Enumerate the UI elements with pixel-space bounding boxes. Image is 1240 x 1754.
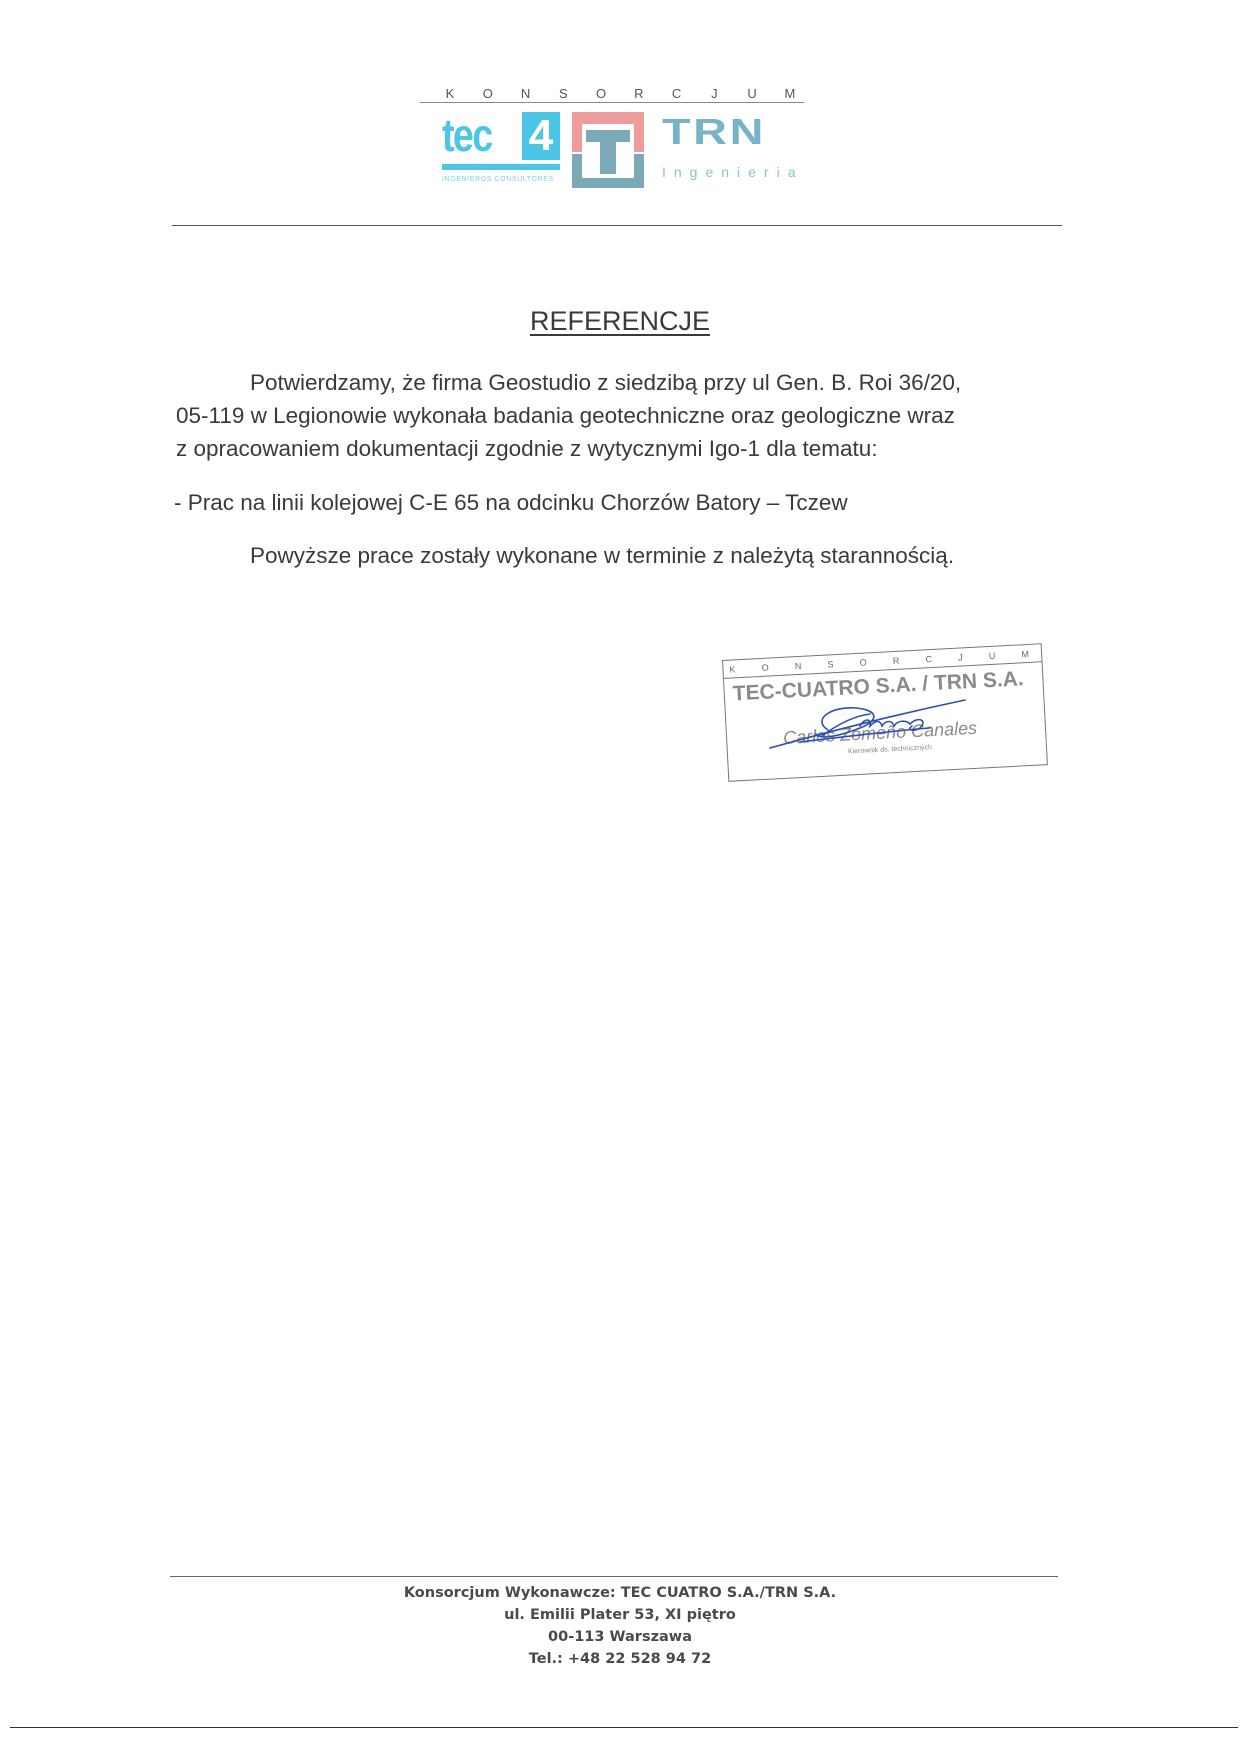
footer-city: 00-113 Warszawa: [0, 1626, 1240, 1648]
letter: S: [553, 86, 573, 101]
letter: M: [780, 86, 800, 101]
trn-logo: TRN Ingenieria: [662, 114, 804, 180]
paragraph-line-2: 05-119 w Legionowie wykonała badania geo…: [176, 399, 955, 432]
letter: U: [742, 86, 762, 101]
tec4-logo: tec 4 INGENIEROS CONSULTORES: [442, 112, 552, 188]
page-bottom-rule: [10, 1727, 1238, 1728]
letter: O: [859, 657, 867, 667]
letter: M: [1021, 649, 1029, 659]
letter: N: [516, 86, 536, 101]
project-bullet: - Prac na linii kolejowej C-E 65 na odci…: [174, 486, 848, 519]
paragraph-line-1: Potwierdzamy, że firma Geostudio z siedz…: [250, 366, 961, 399]
letter: K: [440, 86, 460, 101]
letter: J: [704, 86, 724, 101]
letterhead-konsorcjum-label: K O N S O R C J U M: [440, 86, 800, 101]
footer-street: ul. Emilii Plater 53, XI piętro: [0, 1604, 1240, 1626]
letter: O: [478, 86, 498, 101]
tec4-logo-digit: 4: [522, 112, 560, 160]
letter: S: [827, 659, 834, 669]
footer-divider: [170, 1576, 1058, 1577]
tec4-logo-bar: [442, 164, 560, 170]
footer-company: Konsorcjum Wykonawcze: TEC CUATRO S.A./T…: [0, 1582, 1240, 1604]
t-logo-icon: [572, 112, 644, 188]
document-title: REFERENCJE: [0, 306, 1240, 337]
trn-logo-subtitle: Ingenieria: [662, 164, 804, 180]
letter: U: [989, 651, 996, 661]
letterhead-konsorcjum-rule: [420, 102, 804, 103]
header-divider: [172, 225, 1062, 226]
letter: R: [629, 86, 649, 101]
tec4-logo-subtitle: INGENIEROS CONSULTORES: [442, 176, 554, 183]
signature-icon: [760, 690, 990, 760]
footer-phone: Tel.: +48 22 528 94 72: [0, 1648, 1240, 1670]
tec4-logo-text: tec: [442, 112, 492, 158]
letter: N: [795, 661, 802, 671]
trn-logo-text: TRN: [662, 114, 846, 150]
letter: K: [729, 664, 736, 674]
letter: R: [893, 656, 900, 666]
footer-address: Konsorcjum Wykonawcze: TEC CUATRO S.A./T…: [0, 1582, 1240, 1670]
letter: J: [958, 652, 963, 662]
letter: C: [925, 654, 932, 664]
letter: O: [761, 663, 769, 673]
letter: O: [591, 86, 611, 101]
document-title-text: REFERENCJE: [530, 306, 710, 336]
paragraph-line-3: z opracowaniem dokumentacji zgodnie z wy…: [176, 432, 878, 465]
letter: C: [667, 86, 687, 101]
closing-statement: Powyższe prace zostały wykonane w termin…: [250, 539, 954, 572]
